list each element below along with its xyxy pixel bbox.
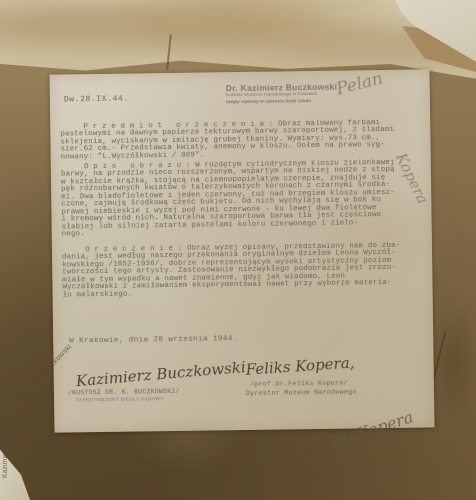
document-paper: Dw.28.IX.44. Dr. Kazimierz Buczkowski Ku… — [50, 69, 435, 432]
signature-right-handwritten: Feliks Kopera, — [245, 354, 355, 379]
stamp-subtitle: biegły sądowy w zakresie dzieł sztuki — [226, 99, 346, 106]
signature-left-stamp-line: ZAPRZYSIĘŻONY BIEGŁY SĄDOWY — [76, 397, 164, 403]
signature-right-typed: /prof.dr.Feliks Kopera/ — [250, 380, 348, 388]
archival-photo: { "document": { "ref_number": "Dw.28.IX.… — [0, 0, 476, 500]
stain — [124, 402, 245, 474]
paragraph-przedmiot-orzeczenia: P r z e d m i o t o r z e c z e n i a : … — [60, 119, 430, 161]
date-line: W Krakowie, dnia 28 września 1944. — [69, 335, 238, 345]
paragraph-orzeczenie: O r z e c z e n i e : Obraz wyżej opisan… — [62, 242, 433, 299]
reference-number: Dw.28.IX.44. — [64, 95, 129, 105]
paragraph-opis-obrazu: O p i s o b r a z u : W rozdętym cylindr… — [61, 159, 432, 239]
stamp-title: Kustosz Muzeum Narodowego w Krakowie — [226, 92, 346, 99]
left-edge-vertical-text: Kazimierz Buczkowski — [2, 409, 9, 478]
signature-left-handwritten: Kazimierz Buczkowski — [75, 358, 246, 390]
signature-right-role: Dyrektor Muzeum Narodowego — [246, 388, 357, 397]
signature-left-typed: /KUSTOSZ DR. K. BUCZKOWSKI/ — [68, 388, 180, 397]
